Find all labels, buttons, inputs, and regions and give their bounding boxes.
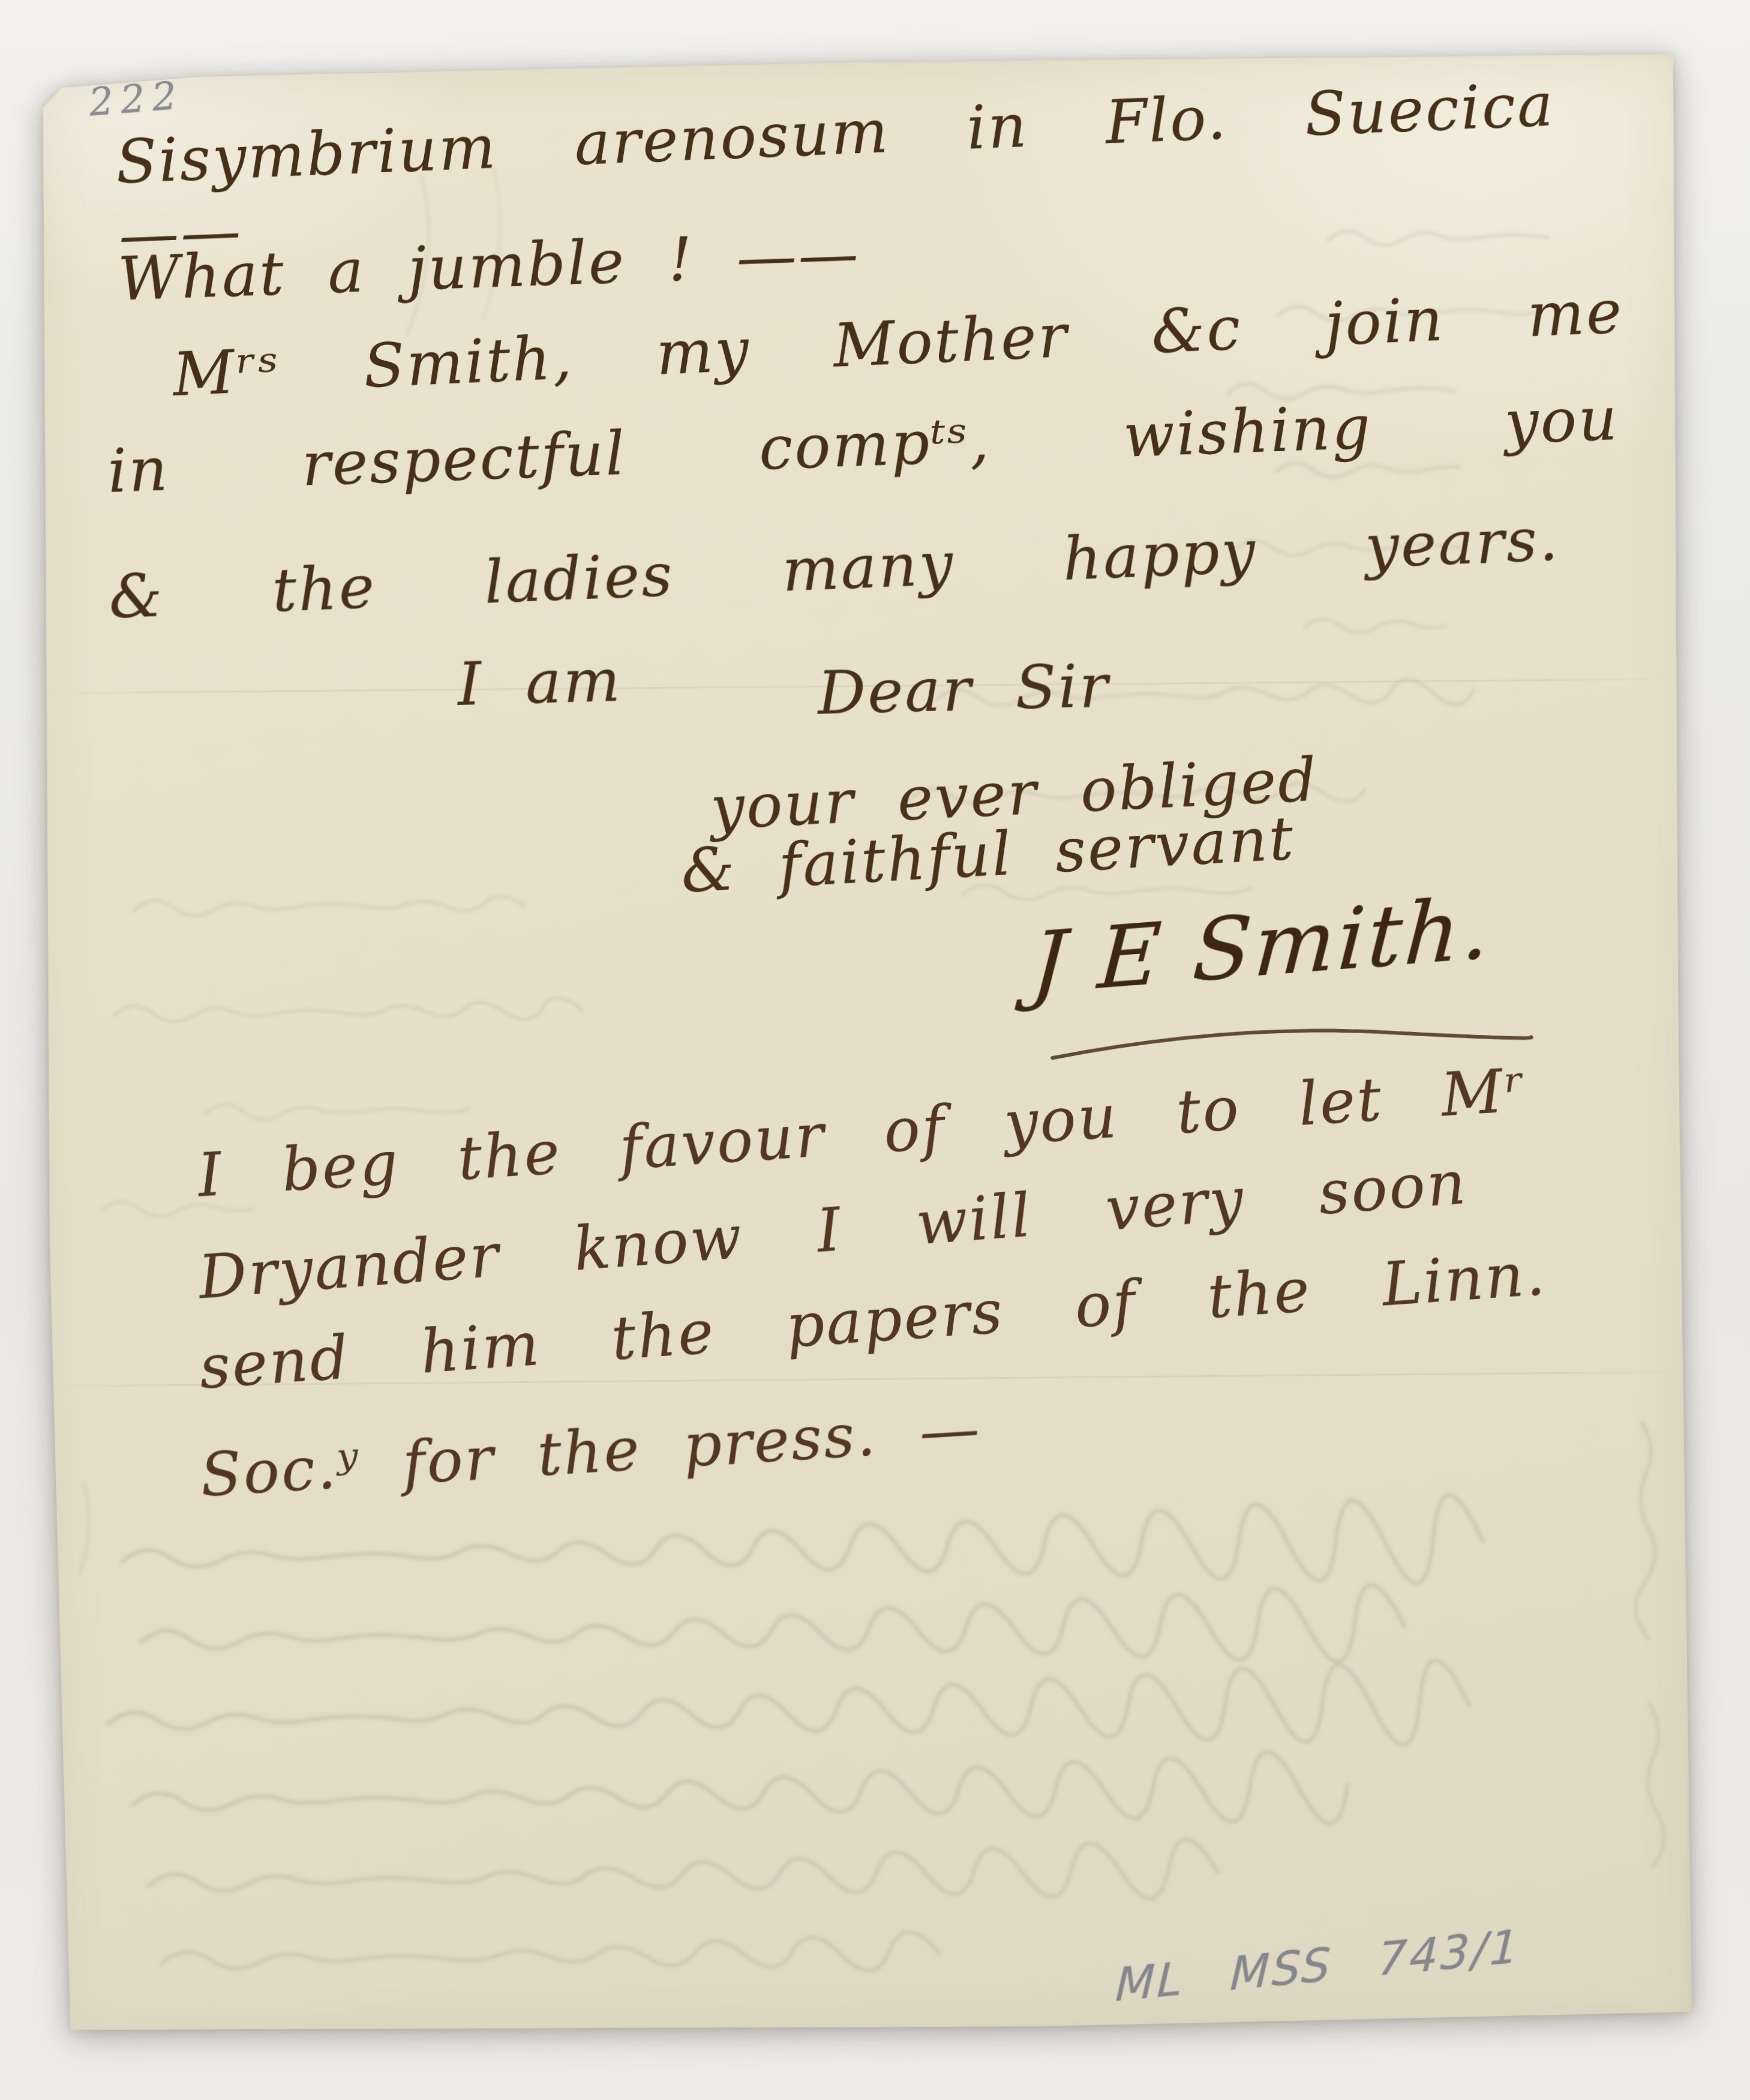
closing-i-am: I am	[457, 644, 623, 721]
letter-sheet-wrapper: 222 Sisymbrium arenosum in Flo. Suecica …	[37, 54, 1692, 2040]
letter-sheet: 222 Sisymbrium arenosum in Flo. Suecica …	[37, 54, 1692, 2040]
page-number-pencil: 222	[88, 73, 185, 125]
closing-dear-sir: Dear Sir	[817, 649, 1110, 730]
